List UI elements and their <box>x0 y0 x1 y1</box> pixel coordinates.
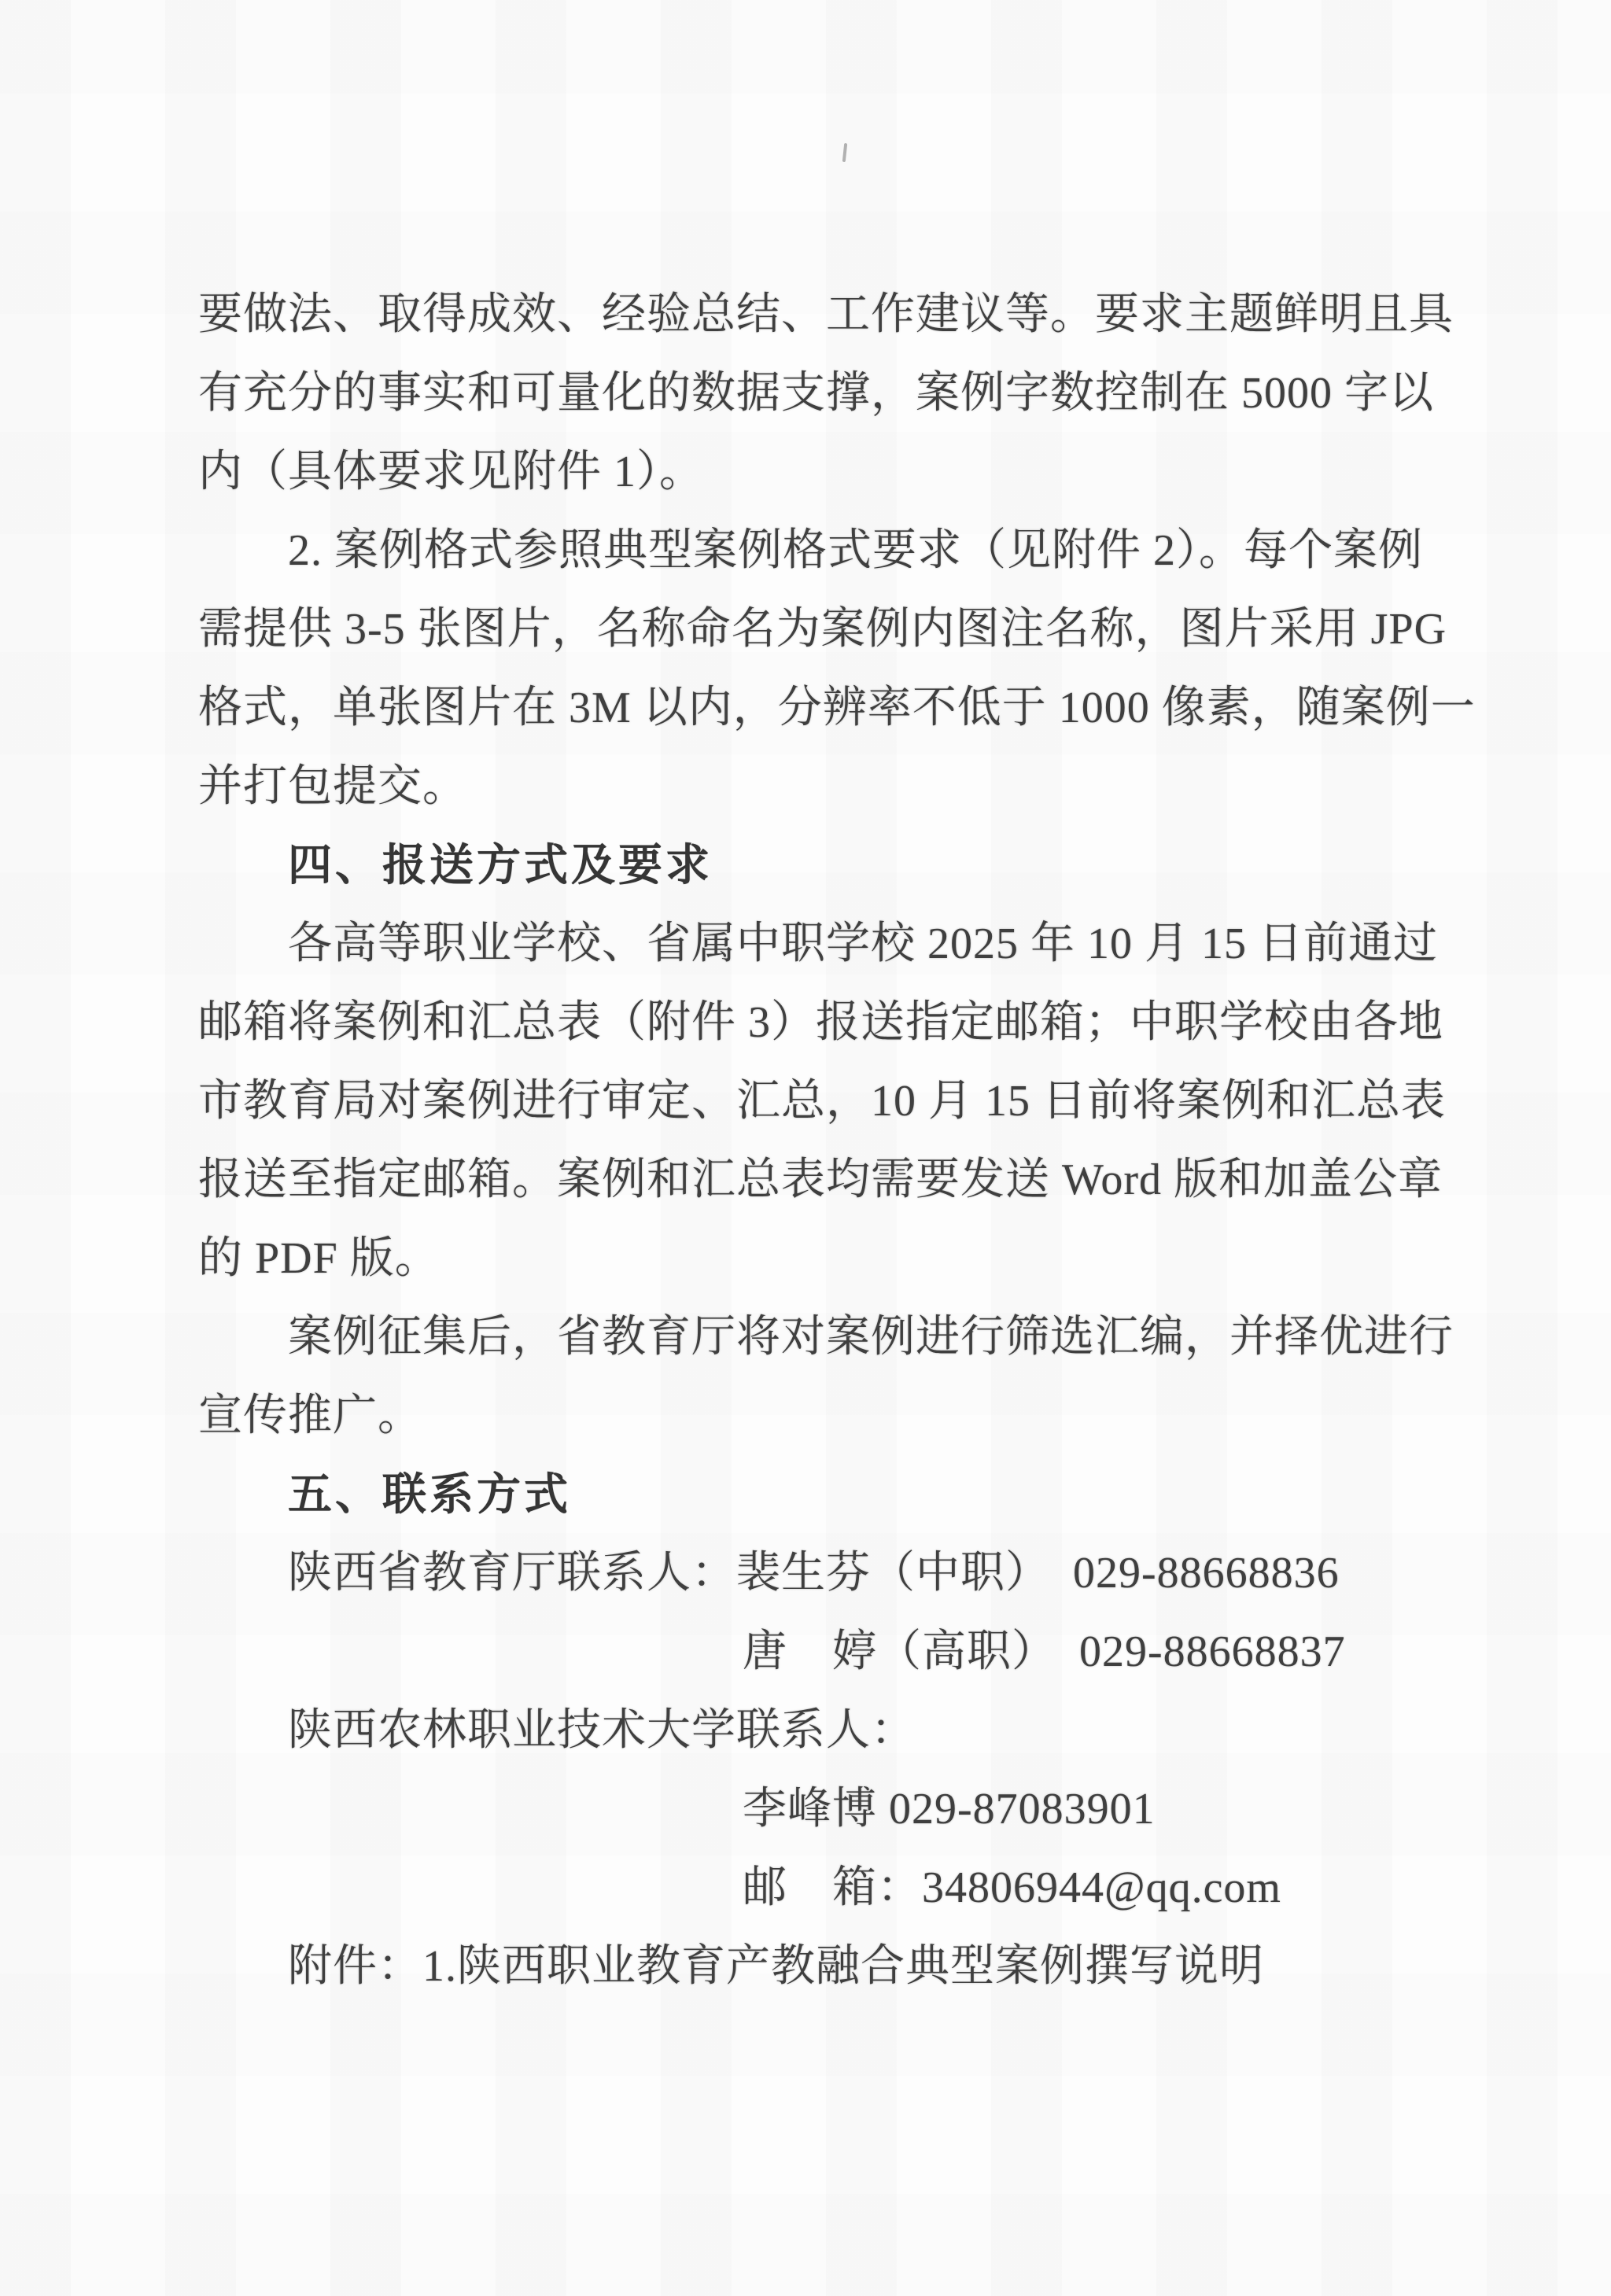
submission-paragraph-line: 各高等职业学校、省属中职学校 2025 年 10 月 15 日前通过 <box>198 905 1430 983</box>
document-body: 要做法、取得成效、经验总结、工作建议等。要求主题鲜明且具 有充分的事实和可量化的… <box>198 275 1430 2006</box>
scan-speck <box>842 143 847 162</box>
submission-paragraph-line: 邮箱将案例和汇总表（附件 3）报送指定邮箱；中职学校由各地 <box>198 983 1430 1062</box>
requirements-paragraph-line: 有充分的事实和可量化的数据支撑，案例字数控制在 5000 字以 <box>198 354 1430 433</box>
contact-line: 邮 箱：34806944@qq.com <box>198 1848 1430 1927</box>
contact-line: 陕西农林职业技术大学联系人： <box>198 1691 1430 1770</box>
requirements-paragraph-line: 内（具体要求见附件 1）。 <box>198 433 1430 511</box>
contact-line: 陕西省教育厅联系人：裴生芬（中职） 029-88668836 <box>198 1534 1430 1612</box>
submission-paragraph-line: 报送至指定邮箱。案例和汇总表均需要发送 Word 版和加盖公章 <box>198 1141 1430 1219</box>
format-paragraph-line: 2. 案例格式参照典型案例格式要求（见附件 2）。每个案例 <box>198 511 1430 590</box>
submission-paragraph-line: 案例征集后，省教育厅将对案例进行筛选汇编，并择优进行 <box>198 1298 1430 1376</box>
contact-line: 唐 婷（高职） 029-88668837 <box>198 1612 1430 1691</box>
format-paragraph-line: 并打包提交。 <box>198 747 1430 826</box>
section-heading-submission: 四、报送方式及要求 <box>198 826 1430 905</box>
section-heading-contacts: 五、联系方式 <box>198 1455 1430 1534</box>
scanned-document-page: 要做法、取得成效、经验总结、工作建议等。要求主题鲜明且具 有充分的事实和可量化的… <box>0 0 1611 2296</box>
format-paragraph-line: 格式，单张图片在 3M 以内，分辨率不低于 1000 像素，随案例一 <box>198 669 1430 747</box>
submission-paragraph-line: 市教育局对案例进行审定、汇总，10 月 15 日前将案例和汇总表 <box>198 1062 1430 1141</box>
format-paragraph-line: 需提供 3-5 张图片，名称命名为案例内图注名称，图片采用 JPG <box>198 590 1430 669</box>
submission-paragraph-line: 的 PDF 版。 <box>198 1219 1430 1298</box>
submission-paragraph-line: 宣传推广。 <box>198 1376 1430 1455</box>
attachment-line: 附件：1.陕西职业教育产教融合典型案例撰写说明 <box>198 1927 1430 2006</box>
requirements-paragraph-line: 要做法、取得成效、经验总结、工作建议等。要求主题鲜明且具 <box>198 275 1430 354</box>
contact-line: 李峰博 029-87083901 <box>198 1770 1430 1848</box>
